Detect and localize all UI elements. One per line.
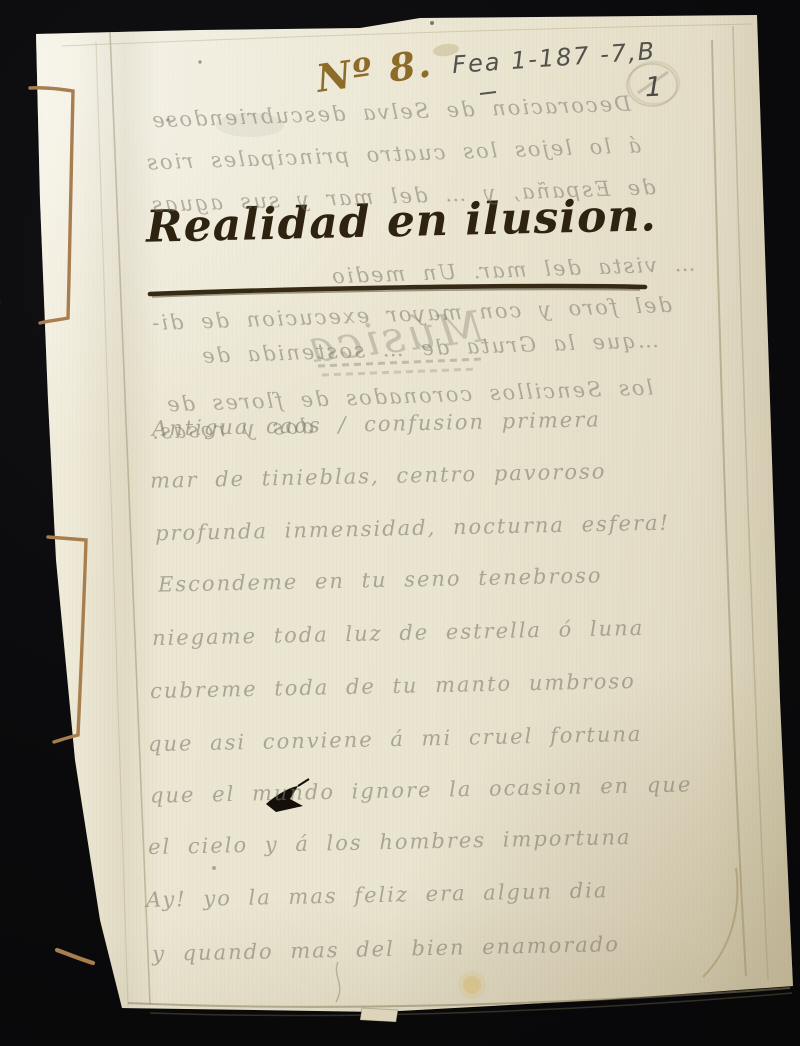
photo-background: Nº 8. Fea 1-187 -7,B 1 Realidad en ilusi…: [0, 0, 800, 1046]
page-edge-shading: [690, 0, 800, 1046]
folio-page-number: 1: [644, 72, 662, 104]
binding-thread-stub: [57, 950, 93, 963]
spine-shading: [0, 0, 160, 1046]
speck-4: [0, 301, 1, 304]
